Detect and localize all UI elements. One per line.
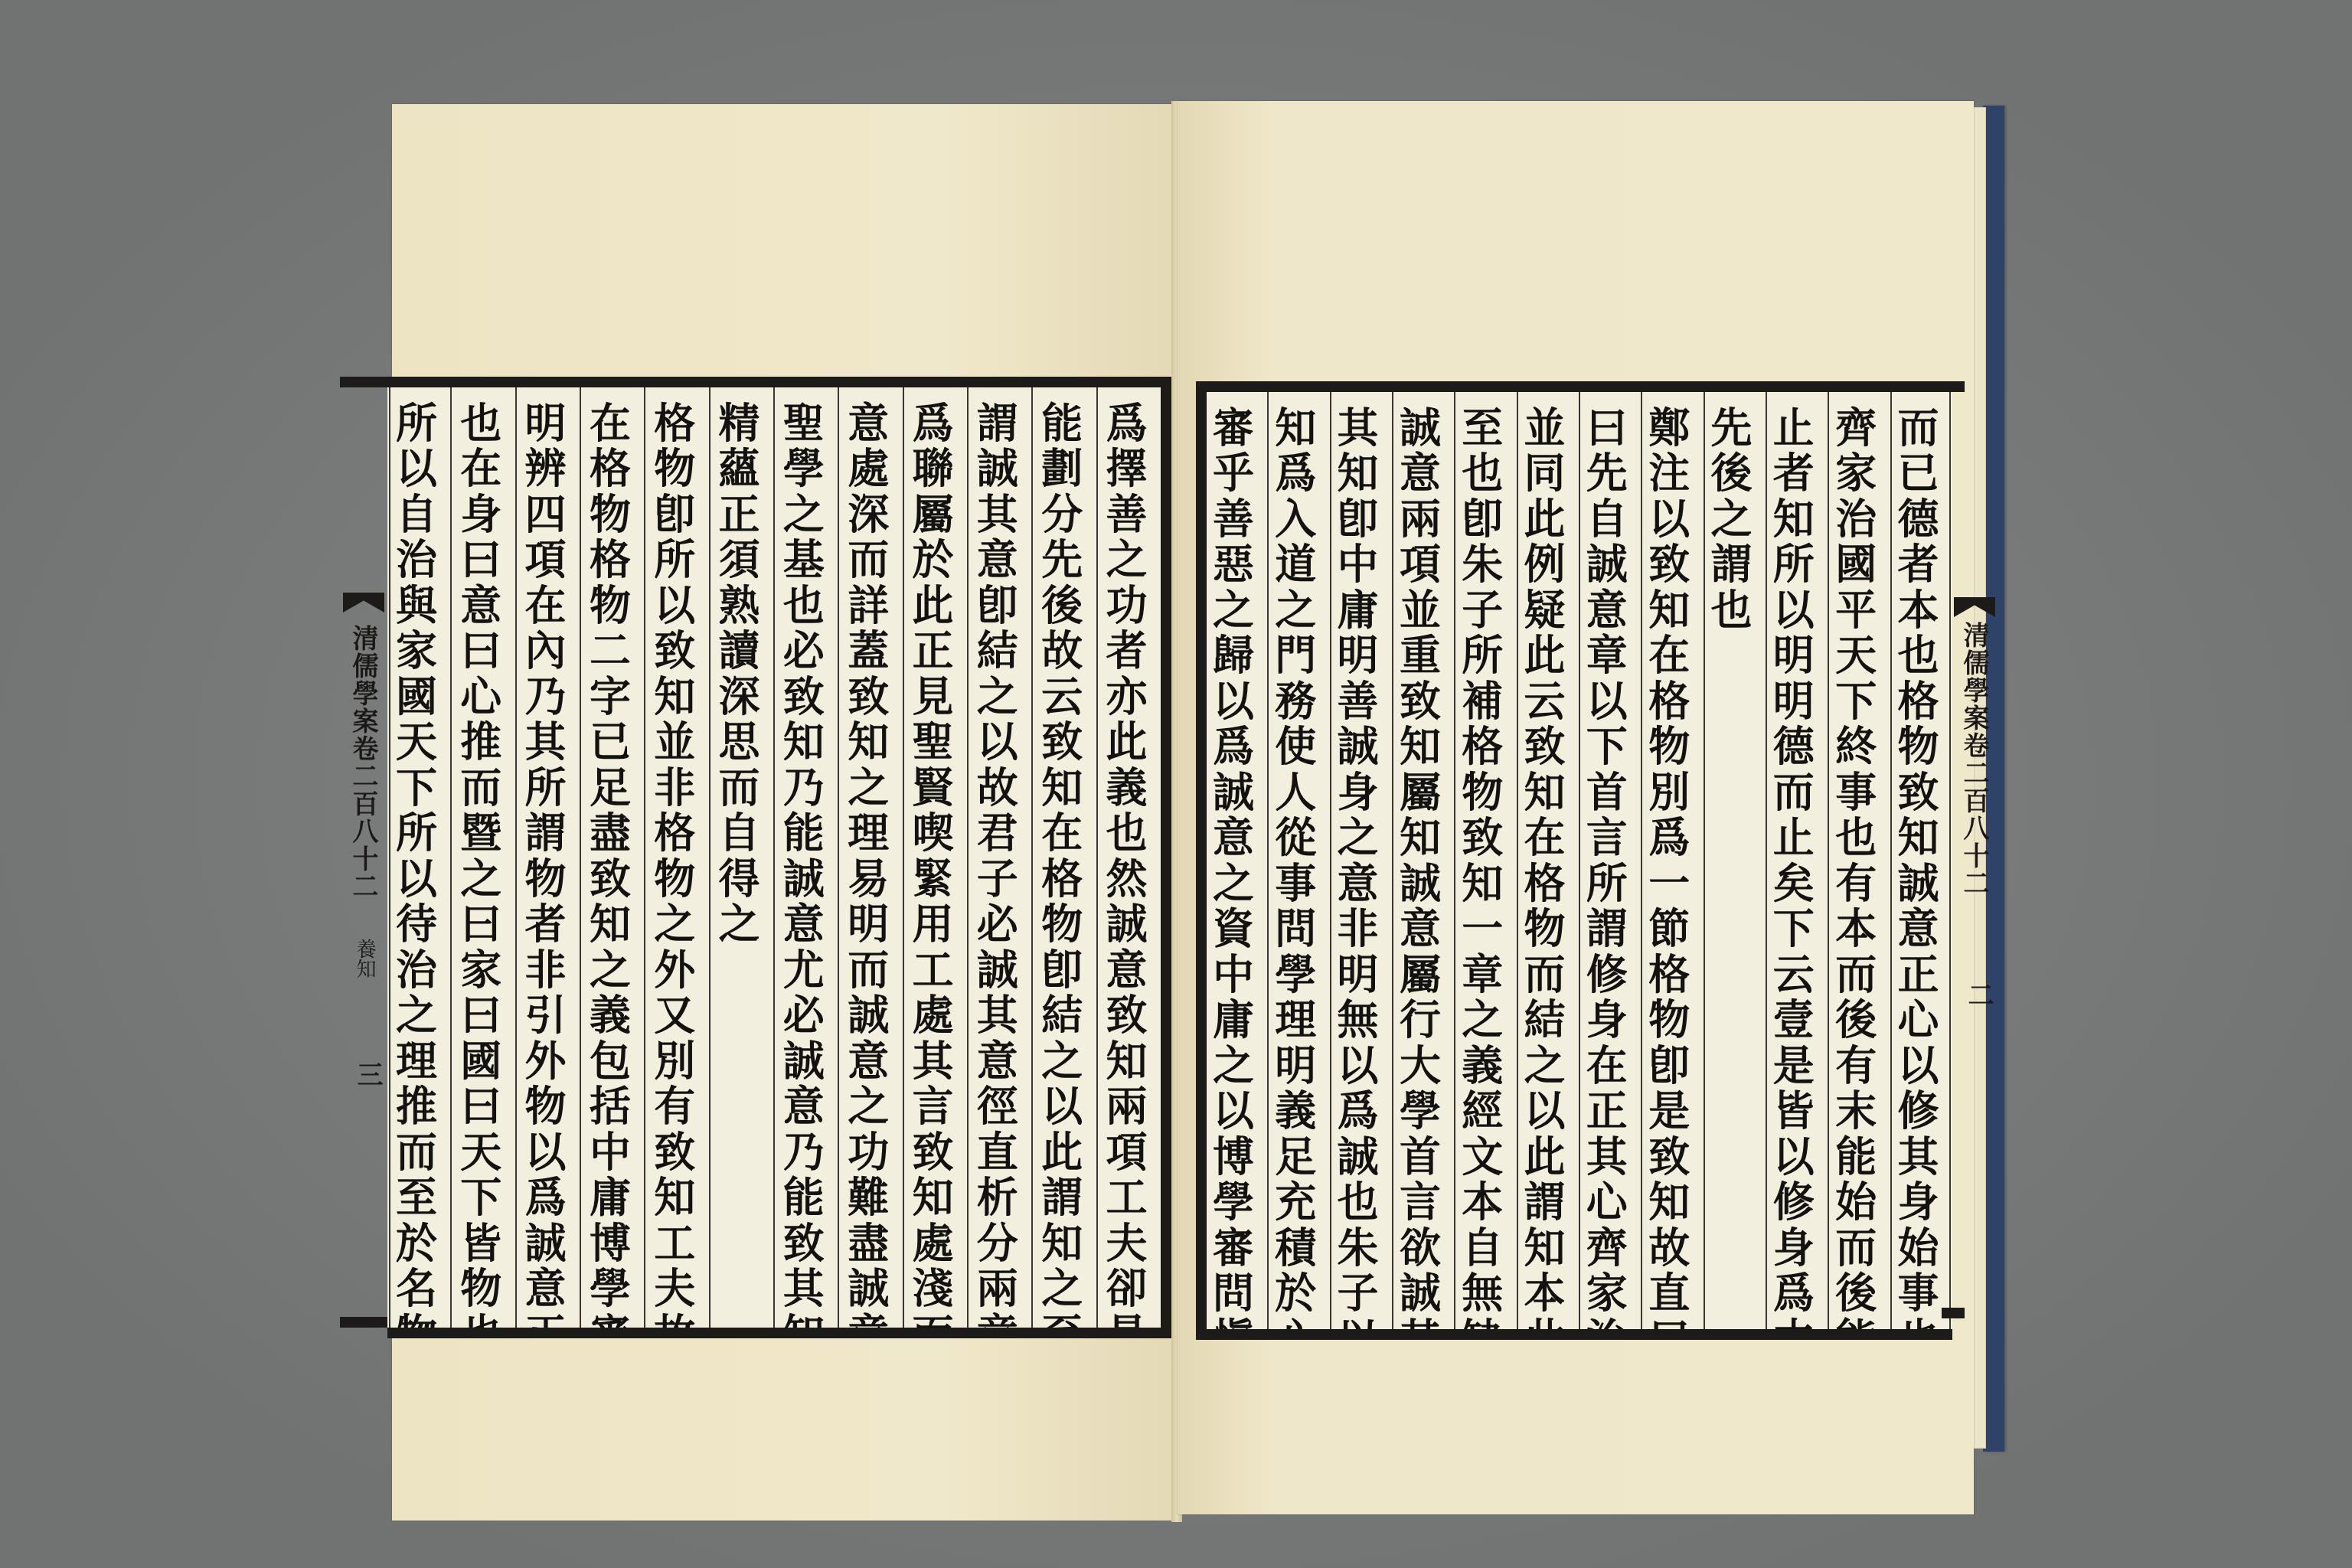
- text-column: 所以自治與家國天下所以待治之理推而至於名物度數因: [387, 387, 450, 1328]
- left-page-columns: 爲擇善之功者亦此義也然誠意致知兩項工夫卻是並進不 能劃分先後故云致知在格物卽結之…: [387, 387, 1161, 1328]
- left-page-text-frame: 爲擇善之功者亦此義也然誠意致知兩項工夫卻是並進不 能劃分先後故云致知在格物卽結之…: [387, 377, 1171, 1338]
- text-column: 精蘊正須熟讀深思而自得之: [709, 387, 773, 1328]
- text-column: 止者知所以明明德而止矣下云壹是皆以修身爲本卽知所: [1766, 392, 1828, 1329]
- text-column: 而已德者本也格物致知誠意正心以修其身始事也民末也: [1890, 392, 1952, 1329]
- margin-book-title: 清儒學案卷二百八十二: [345, 625, 382, 900]
- text-column: 意處深而詳蓋致知之理易明而誠意之功難盡誠意者又爲: [838, 387, 902, 1328]
- text-column: 爲聯屬於此正見聖賢喫緊用工處其言致知處淺而略言誠: [903, 387, 967, 1328]
- right-page-margin-strip: 清儒學案卷二百八十二 二: [1949, 392, 2000, 1329]
- text-column: 能劃分先後故云致知在格物卽結之以此謂知之至也云所: [1031, 387, 1096, 1328]
- text-column: 其知卽中庸明善誠身之意非明無以爲誠也朱子以格物致: [1330, 392, 1392, 1329]
- text-column: 審乎善惡之歸以爲誠意之資中庸之以博學審問愼思明辨: [1207, 392, 1267, 1329]
- text-column: 齊家治國平天下終事也有本而後有末能始而後能終故知: [1828, 392, 1890, 1329]
- text-column: 在格物格物二字已足盡致知之義包括中庸博學審問愼思: [580, 387, 644, 1328]
- text-column: 謂誠其意卽結之以故君子必誠其意徑直析分兩章不更相: [967, 387, 1031, 1328]
- text-column: 誠意兩項並重致知屬知誠意屬行大學首言欲誠其意先致: [1392, 392, 1454, 1329]
- text-column: 爲擇善之功者亦此義也然誠意致知兩項工夫卻是並進不: [1096, 387, 1161, 1328]
- text-column: 至也卽朱子所補格物致知一章之義經文本自無缺也致知: [1454, 392, 1516, 1329]
- margin-page-number: 二: [1960, 982, 1998, 1008]
- text-column: 鄭注以致知在格物別爲一節格物卽是致知故直曰在而不: [1641, 392, 1703, 1329]
- margin-section-name: 養知: [351, 939, 379, 978]
- margin-book-title: 清儒學案卷二百八十二: [1955, 622, 1993, 897]
- text-column: 並同此例疑此云致知在格物而結之以此謂知本此謂知之: [1517, 392, 1579, 1329]
- text-column: 格物卽所以致知並非格物之外又別有致知工夫故曰致知: [644, 387, 708, 1328]
- left-page-margin-strip: 清儒學案卷二百八十二 養知 三: [340, 387, 390, 1328]
- frame-bottom-rule: [1942, 1308, 1965, 1318]
- text-column: 先後之謂也: [1704, 392, 1766, 1329]
- frame-top-rule: [1942, 381, 1965, 392]
- text-column: 聖學之基也必致知乃能誠意尤必誠意乃能致其知大學之: [773, 387, 838, 1328]
- text-column: 曰先自誠意章以下首言所謂修身在正其心齊家治國諸章: [1579, 392, 1641, 1329]
- fishtail-mark: [1954, 597, 1995, 617]
- fishtail-mark: [343, 593, 384, 612]
- text-column: 明辨四項在內乃其所謂物者非引外物以爲誠意正心之資: [515, 387, 580, 1328]
- frame-top-rule: [340, 377, 387, 387]
- right-page-columns: 而已德者本也格物致知誠意正心以修其身始事也民末也 齊家治國平天下終事也有本而後有…: [1207, 392, 1952, 1329]
- text-column: 知爲入道之門務使人從事問學理明義足充積於心自有以: [1267, 392, 1329, 1329]
- margin-page-number: 三: [349, 1061, 387, 1087]
- text-column: 也在身曰意曰心推而暨之曰家曰國曰天下皆物也意心身: [450, 387, 514, 1328]
- right-page-text-frame: 而已德者本也格物致知誠意正心以修其身始事也民末也 齊家治國平天下終事也有本而後有…: [1196, 381, 1952, 1340]
- frame-bottom-rule: [340, 1317, 387, 1328]
